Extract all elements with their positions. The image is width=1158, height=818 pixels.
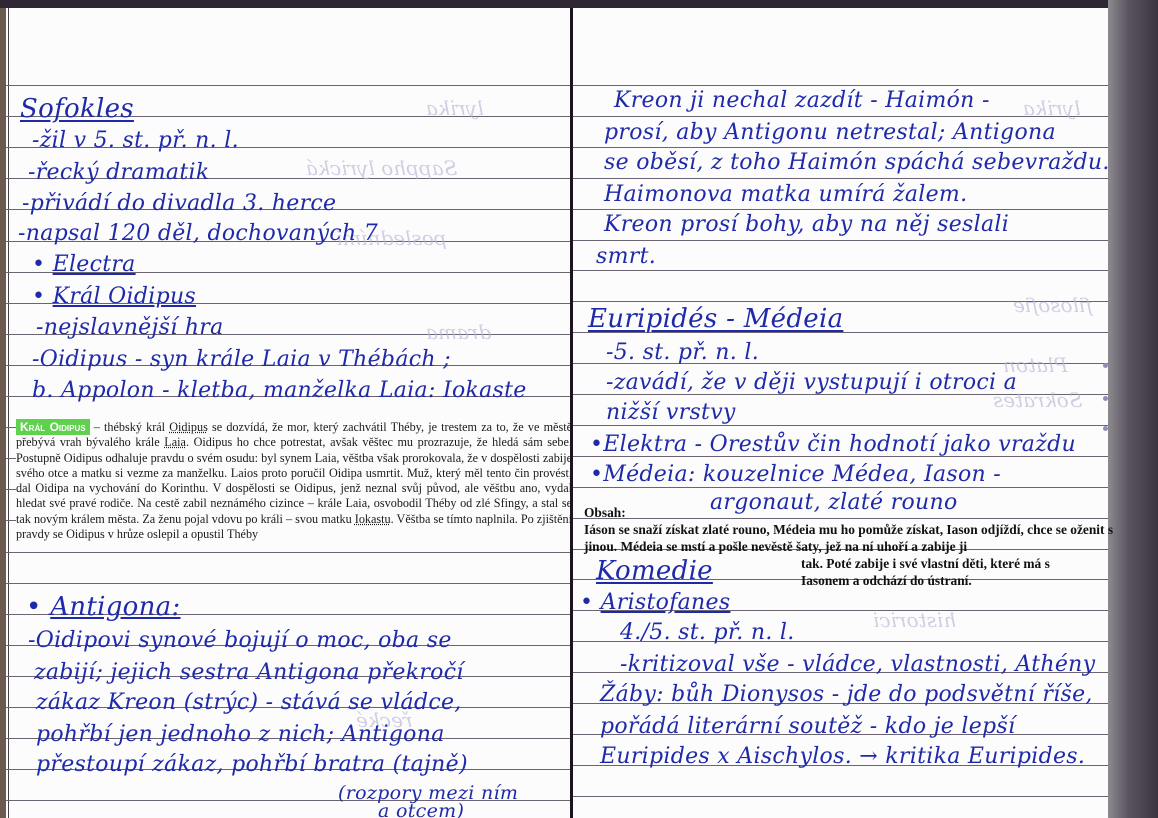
antigona-note: a otcem): [378, 798, 464, 818]
euripides-note: nižší vrstvy: [606, 400, 736, 426]
ruled-line: [573, 85, 1108, 86]
antigona-note: pohřbí jen jednoho z nich; Antigona: [36, 722, 445, 748]
work-title: Král Oidipus: [53, 284, 196, 309]
sofokles-note: -žil v 5. st. př. n. l.: [32, 128, 239, 154]
oidipus-note: -Oidipus - syn krále Laia v Thébách ;: [32, 347, 451, 373]
komedie-author: • Aristofanes: [580, 590, 730, 616]
bleed-through-text: lyrika: [426, 96, 484, 120]
printed-excerpt-kral-oidipus: Král Oidipus – thébský král Oidipus se d…: [16, 420, 570, 542]
oidipus-note: -nejslavnější hra: [36, 315, 224, 341]
bullet: •: [26, 592, 42, 622]
ruled-line: [573, 796, 1108, 797]
bleed-through-text: drama: [426, 320, 491, 344]
bleed-through-text: lyrika: [1023, 96, 1081, 120]
heading-sofokles: Sofokles: [20, 96, 134, 122]
scan-right-edge-shadow: [1108, 0, 1158, 818]
komedie-note: -kritizoval vše - vládce, vlastnosti, At…: [620, 652, 1095, 678]
summary-label: Obsah:: [584, 505, 1114, 522]
komedie-note: Euripides x Aischylos. → kritika Euripid…: [600, 744, 1085, 770]
euripides-work: •Médeia: kouzelnice Médea, Iason -: [590, 462, 1001, 488]
euripides-work: •Elektra - Orestův čin hodnotí jako vraž…: [590, 432, 1076, 458]
underlined-term: Iokastu: [355, 512, 391, 526]
margin-line: [8, 8, 9, 818]
antigona-note: zákaz Kreon (strýc) - stává se vládce,: [36, 690, 462, 716]
komedie-note: Žáby: bůh Dionysos - jde do podsvětní ří…: [600, 682, 1093, 708]
work-item: • Electra: [32, 252, 136, 278]
bleed-through-text: historici: [873, 608, 956, 632]
ruled-line: [573, 240, 1108, 241]
antigona-continued: Kreon prosí bohy, aby na něj seslali: [604, 212, 1009, 238]
work-item: • Král Oidipus: [32, 284, 196, 310]
heading-euripides: Euripidés - Médeia: [588, 306, 843, 332]
bleed-through-text: filosofie: [1013, 293, 1092, 317]
heading-antigona: Antigona:: [50, 592, 180, 622]
ruled-line: [6, 583, 570, 584]
summary-text-continued: tak. Poté zabije i své vlastní děti, kte…: [801, 556, 1101, 590]
antigona-note: zabijí; jejich sestra Antigona překročí: [34, 660, 464, 686]
oidipus-note: b. Appolon - kletba, manželka Laia: Ioka…: [32, 378, 527, 404]
printed-summary-medeia: Obsah: Iáson se snaží získat zlaté rouno…: [584, 505, 1114, 555]
antigona-continued: Kreon ji nechal zazdít - Haimón -: [614, 88, 990, 114]
notebook-page-left: lyrika Sappho lyrická posledními drama ř…: [0, 8, 570, 818]
underlined-term: Laia: [164, 435, 186, 449]
antigona-note: -Oidipovi synové bojují o moc, oba se: [28, 628, 452, 654]
bullet: •: [580, 590, 593, 615]
ruled-line: [6, 552, 570, 553]
antigona-continued: prosí, aby Antigonu netrestal; Antigona: [604, 120, 1056, 146]
antigona-continued: smrt.: [596, 244, 656, 270]
underlined-term: Oidipus: [169, 420, 208, 434]
ruled-line: [573, 178, 1108, 179]
ruled-line: [573, 209, 1108, 210]
sofokles-note: -řecký dramatik: [28, 160, 209, 186]
ruled-line: [6, 85, 570, 86]
ruled-line: [573, 147, 1108, 148]
bleed-through-text: Sappho lyrická: [306, 156, 457, 180]
summary-text: Iáson se snaží získat zlaté rouno, Médei…: [584, 522, 1114, 556]
ruled-line: [573, 270, 1108, 271]
antigona-heading: • Antigona:: [26, 594, 181, 620]
euripides-note: -5. st. př. n. l.: [606, 340, 759, 366]
komedie-note: pořádá literární soutěž - kdo je lepší: [600, 714, 1015, 740]
heading-komedie: Komedie: [596, 558, 713, 584]
antigona-note: přestoupí zákaz, pohřbí bratra (tajně): [36, 752, 468, 778]
work-title: Electra: [53, 252, 136, 277]
sofokles-note: -napsal 120 děl, dochovaných 7: [18, 221, 378, 247]
bullet: •: [32, 252, 45, 277]
komedie-note: 4./5. st. př. n. l.: [620, 620, 795, 646]
bullet: •: [32, 284, 45, 309]
euripides-note: -zavádí, že v ději vystupují i otroci a: [606, 370, 1017, 396]
sofokles-note: -přivádí do divadla 3. herce: [22, 191, 336, 217]
author-name: Aristofanes: [601, 590, 731, 615]
highlighted-tag: Král Oidipus: [16, 419, 90, 435]
antigona-continued: Haimonova matka umírá žalem.: [604, 182, 967, 208]
antigona-continued: se oběsí, z toho Haimón spáchá sebevražd…: [604, 150, 1110, 176]
